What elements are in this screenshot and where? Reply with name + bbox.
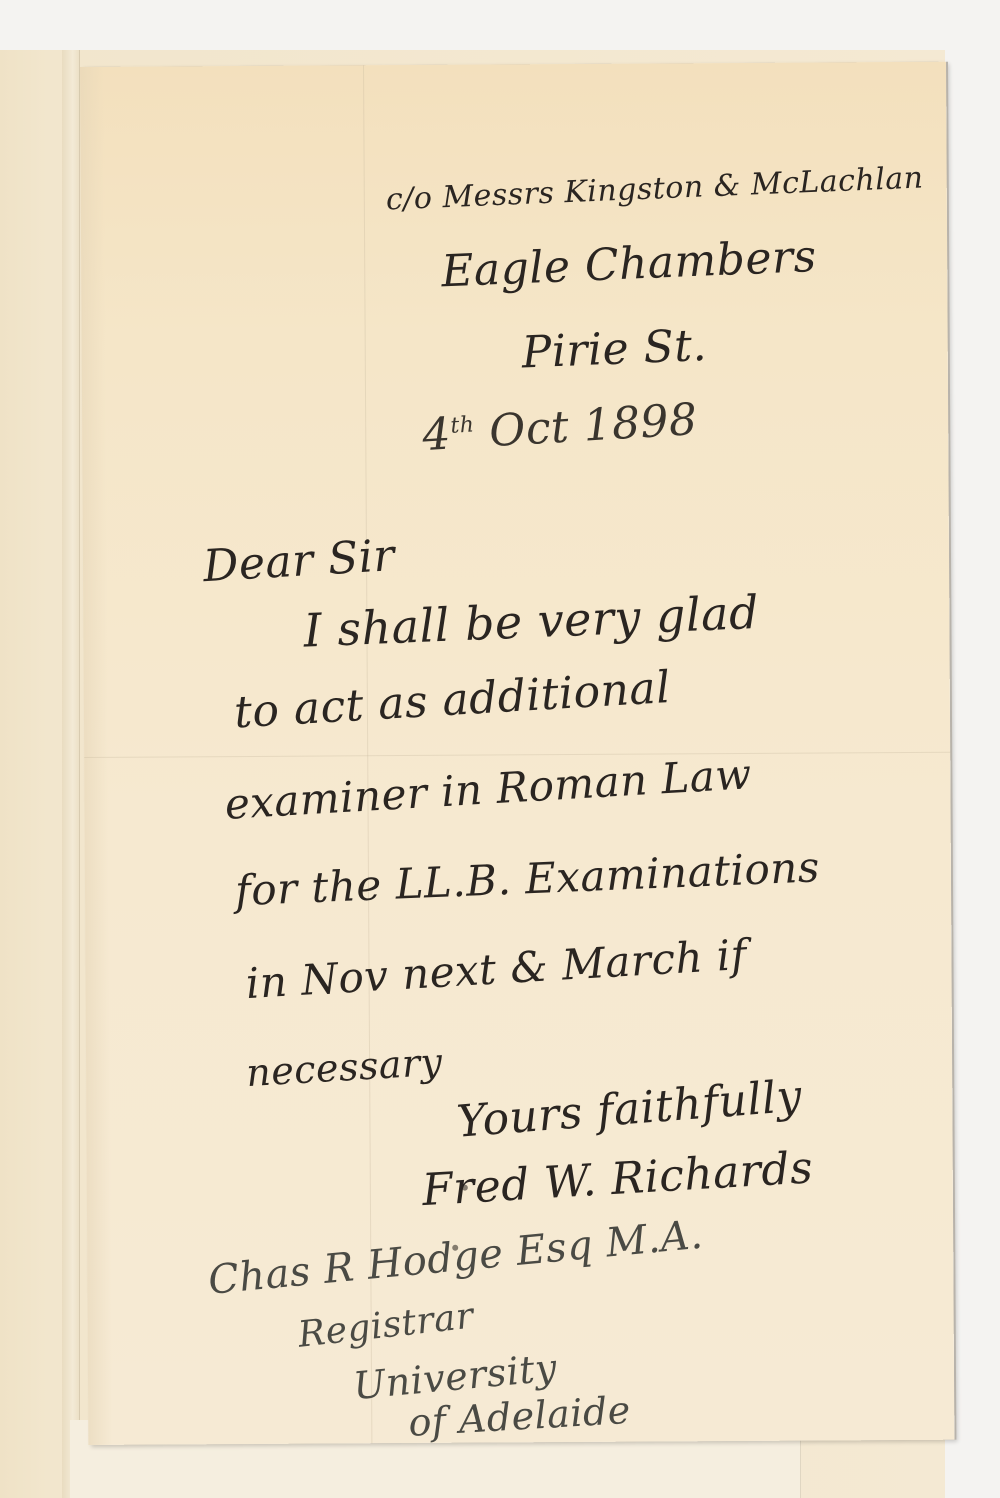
address-line-3: Pirie St. bbox=[521, 320, 708, 379]
closing: Yours faithfully bbox=[455, 1071, 804, 1148]
date-suffix: th bbox=[450, 412, 475, 438]
letter-date: 4th Oct 1898 bbox=[421, 394, 699, 461]
letter-sheet: c/o Messrs Kingston & McLachlan Eagle Ch… bbox=[80, 62, 954, 1445]
body-line: to act as additional bbox=[233, 662, 672, 738]
address-line-1: c/o Messrs Kingston & McLachlan bbox=[385, 160, 924, 217]
signature: Fred W. Richards bbox=[421, 1142, 815, 1216]
ink-blot bbox=[462, 1185, 468, 1191]
body-line: I shall be very glad bbox=[302, 585, 759, 658]
date-month-year: Oct 1898 bbox=[473, 394, 698, 458]
address-line-2: Eagle Chambers bbox=[440, 231, 817, 297]
addressee-line-1: Chas R Hodge Esq M.A. bbox=[206, 1212, 705, 1304]
addressee-line-2: Registrar bbox=[296, 1296, 476, 1356]
horizontal-fold-line bbox=[84, 752, 950, 758]
body-line: necessary bbox=[245, 1040, 444, 1095]
body-line: examiner in Roman Law bbox=[223, 749, 753, 829]
fold-strip bbox=[62, 50, 80, 1498]
ink-blot bbox=[479, 1197, 483, 1201]
body-line: in Nov next & March if bbox=[245, 930, 749, 1008]
date-day: 4 bbox=[421, 408, 452, 461]
body-line: for the LL.B. Examinations bbox=[234, 842, 821, 915]
